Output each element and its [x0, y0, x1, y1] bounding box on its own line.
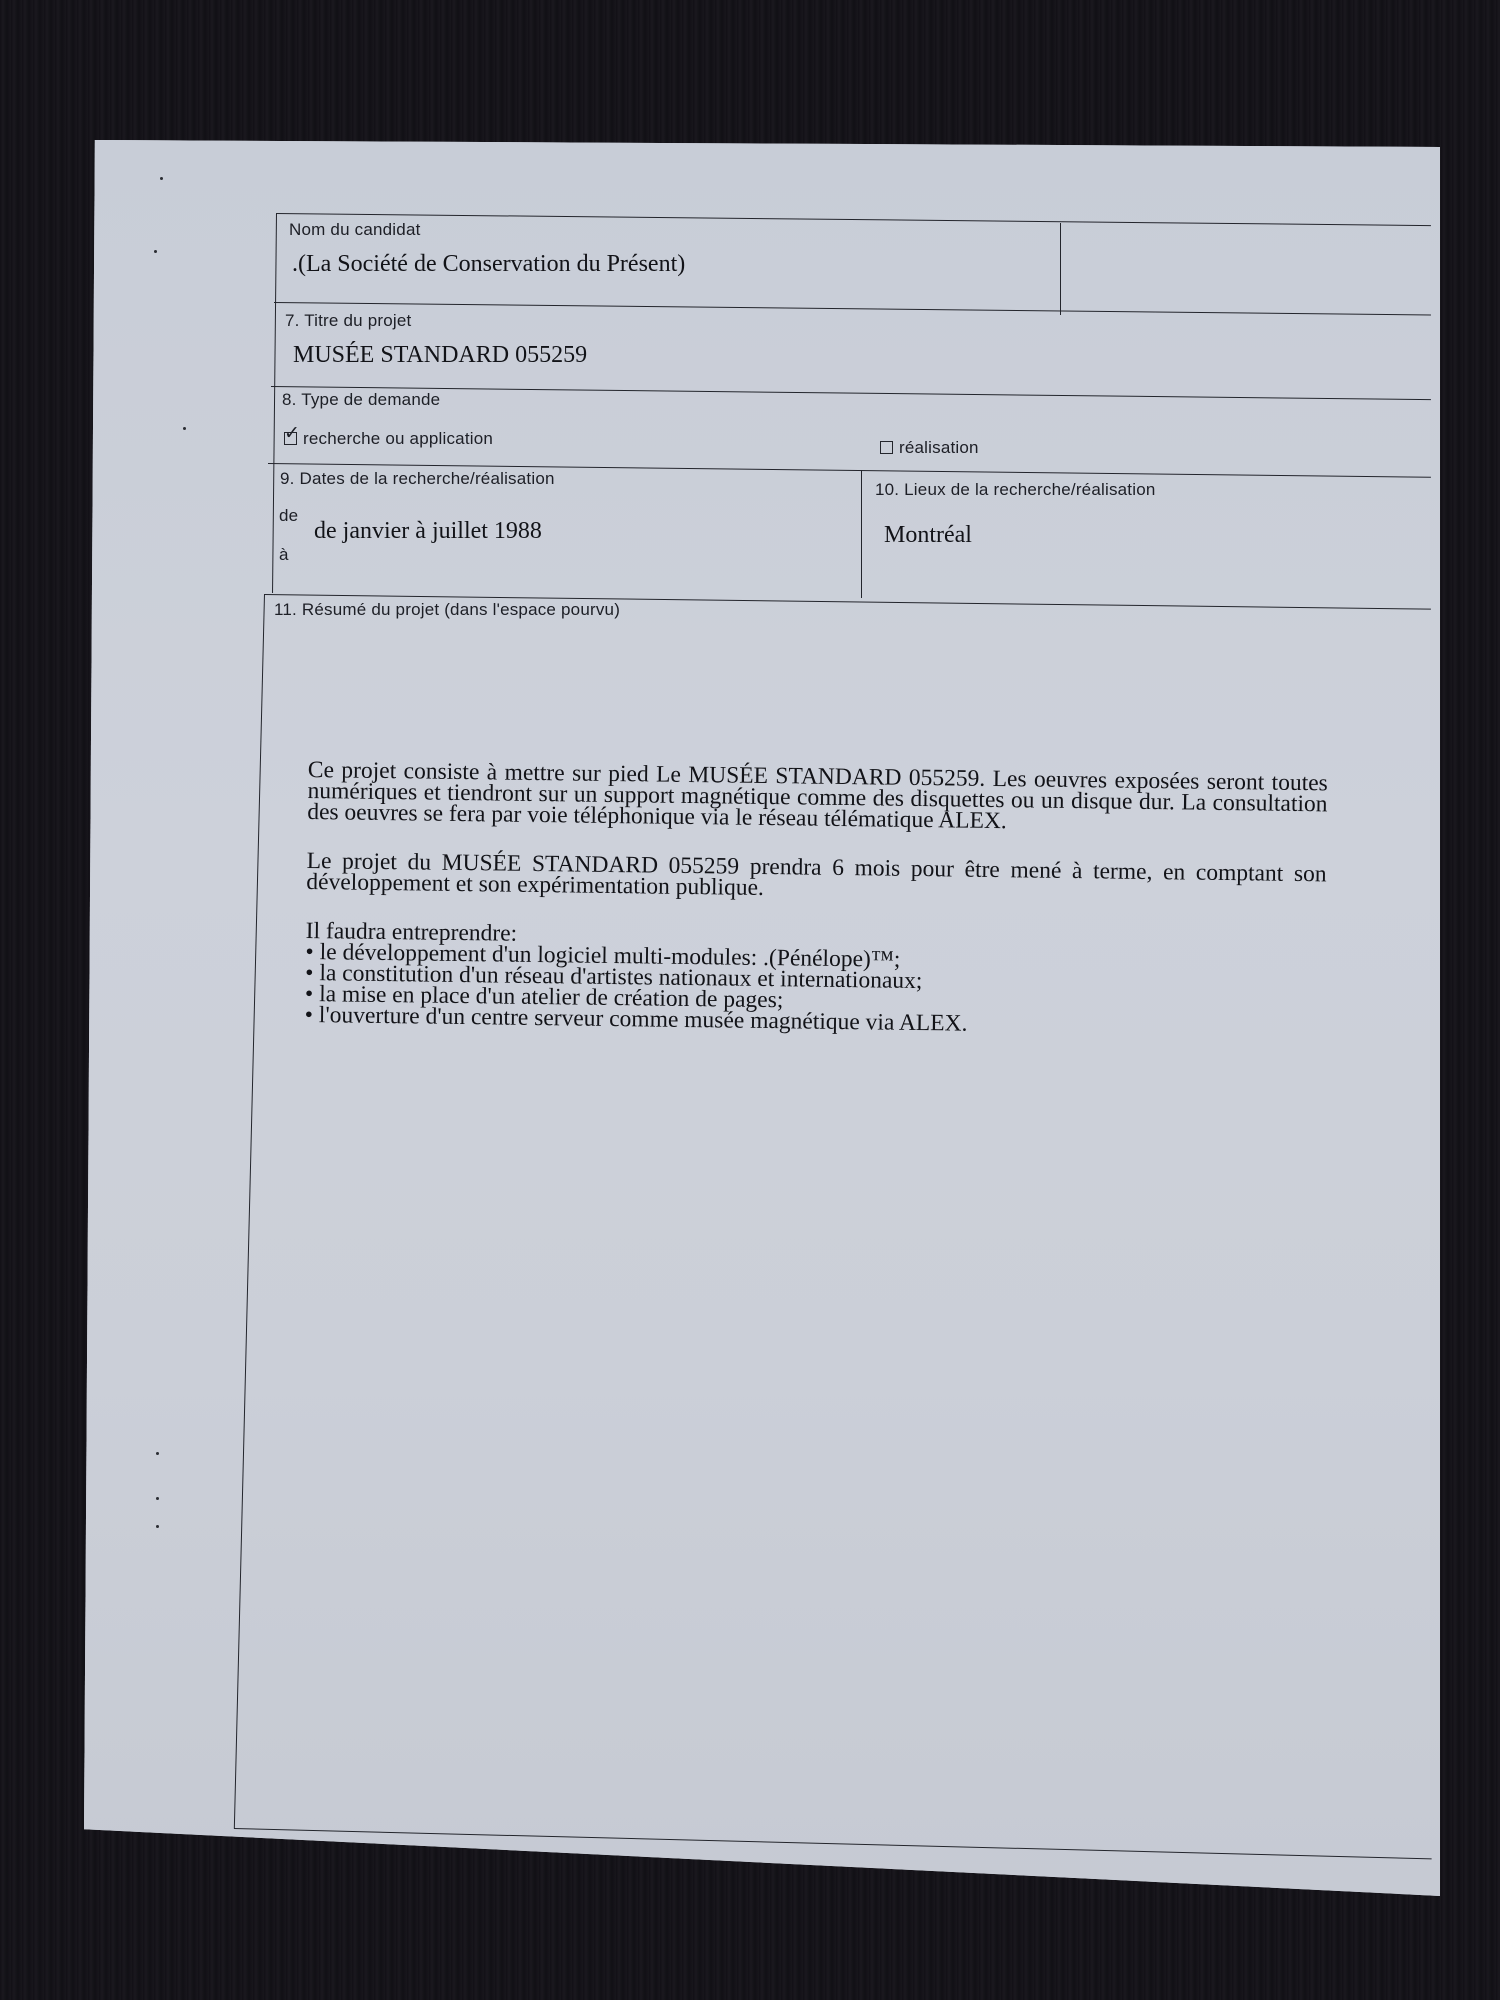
form-rule-dates-divider: [861, 470, 862, 598]
option-recherche[interactable]: ✓recherche ou application: [284, 429, 493, 449]
locations-value: Montréal: [884, 522, 972, 549]
option-realisation[interactable]: réalisation: [880, 438, 979, 458]
candidate-value: .(La Société de Conservation du Présent): [292, 251, 685, 278]
summary-paragraph: Le projet du MUSÉE STANDARD 055259 prend…: [306, 851, 1326, 906]
form-rule-candidate-divider: [1060, 223, 1061, 315]
paper-speck: [156, 1497, 159, 1500]
paper-speck: [156, 1525, 159, 1528]
summary-body: Ce projet consiste à mettre sur pied Le …: [305, 760, 1328, 1039]
paper-speck: [160, 177, 163, 180]
option-recherche-label: recherche ou application: [303, 429, 493, 448]
dates-value: de janvier à juillet 1988: [314, 518, 542, 545]
paper-speck: [183, 427, 186, 430]
project-title-label: 7. Titre du projet: [285, 311, 411, 331]
dates-label: 9. Dates de la recherche/réalisation: [280, 469, 555, 489]
option-realisation-label: réalisation: [899, 438, 979, 457]
checkbox-recherche[interactable]: ✓: [284, 432, 297, 445]
summary-task-list: le développement d'un logiciel multi-mod…: [305, 942, 1326, 1039]
request-type-label: 8. Type de demande: [282, 390, 440, 410]
dates-to-label: à: [279, 545, 289, 565]
check-mark-icon: ✓: [284, 424, 300, 443]
summary-label: 11. Résumé du projet (dans l'espace pour…: [274, 600, 620, 620]
checkbox-realisation[interactable]: [880, 441, 893, 454]
paper-speck: [154, 250, 157, 253]
paper-speck: [156, 1452, 159, 1455]
dates-from-label: de: [279, 506, 298, 526]
locations-label: 10. Lieux de la recherche/réalisation: [875, 480, 1156, 500]
project-title-value: MUSÉE STANDARD 055259: [293, 342, 587, 369]
summary-paragraph: Ce projet consiste à mettre sur pied Le …: [307, 760, 1328, 836]
candidate-label: Nom du candidat: [289, 220, 421, 240]
